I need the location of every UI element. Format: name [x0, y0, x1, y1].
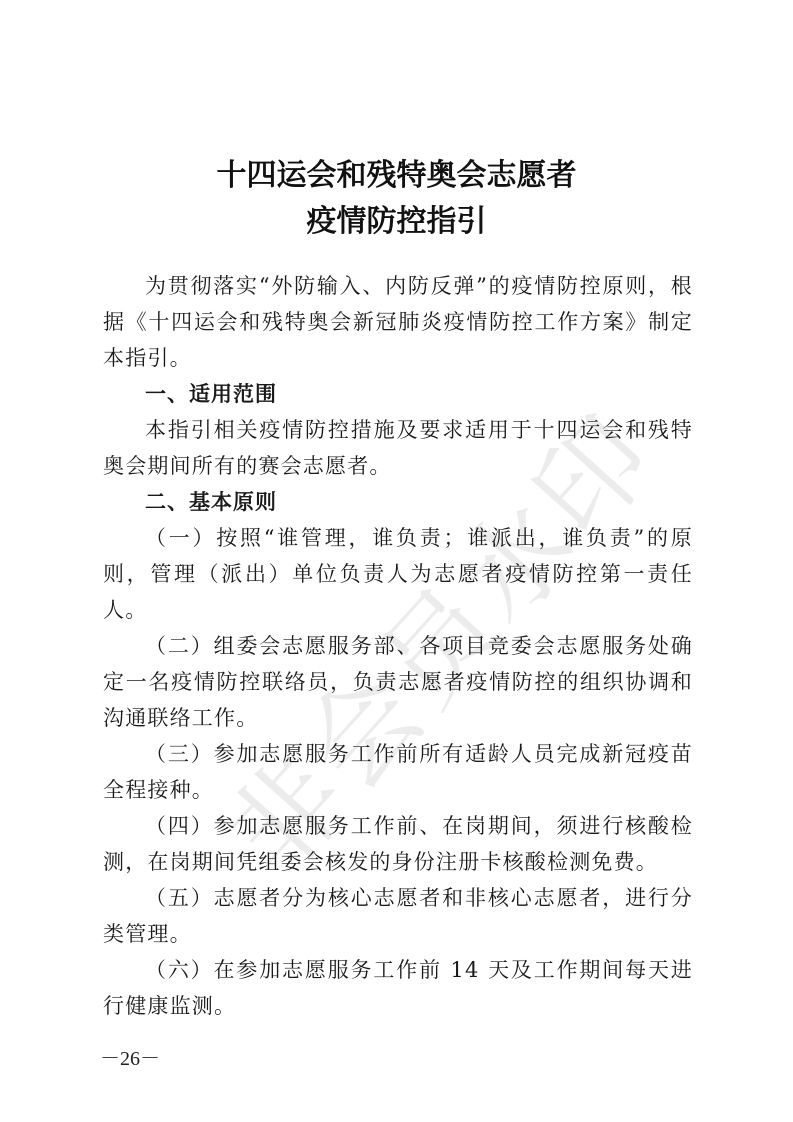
- document-page: 非会员水印 十四运会和残特奥会志愿者 疫情防控指引 为贯彻落实“外防输入、内防反…: [0, 0, 793, 1122]
- section-heading-principles: 二、基本原则: [103, 484, 693, 520]
- principle-paragraph-1: （一）按照“谁管理，谁负责；谁派出，谁负责”的原则，管理（派出）单位负责人为志愿…: [103, 520, 693, 628]
- scope-paragraph: 本指引相关疫情防控措施及要求适用于十四运会和残特奥会期间所有的赛会志愿者。: [103, 412, 693, 484]
- document-title-line1: 十四运会和残特奥会志愿者: [0, 150, 793, 194]
- principle-paragraph-2: （二）组委会志愿服务部、各项目竞委会志愿服务处确定一名疫情防控联络员，负责志愿者…: [103, 628, 693, 736]
- section-heading-scope: 一、适用范围: [103, 376, 693, 412]
- intro-paragraph: 为贯彻落实“外防输入、内防反弹”的疫情防控原则，根据《十四运会和残特奥会新冠肺炎…: [103, 268, 693, 376]
- page-number: －26－: [100, 1042, 160, 1071]
- principle-paragraph-5: （五）志愿者分为核心志愿者和非核心志愿者，进行分类管理。: [103, 880, 693, 952]
- document-title-line2: 疫情防控指引: [0, 196, 793, 240]
- principle-paragraph-6: （六）在参加志愿服务工作前 14 天及工作期间每天进行健康监测。: [103, 952, 693, 1024]
- principle-paragraph-4: （四）参加志愿服务工作前、在岗期间，须进行核酸检测，在岗期间凭组委会核发的身份注…: [103, 808, 693, 880]
- principle-paragraph-3: （三）参加志愿服务工作前所有适龄人员完成新冠疫苗全程接种。: [103, 736, 693, 808]
- document-body: 为贯彻落实“外防输入、内防反弹”的疫情防控原则，根据《十四运会和残特奥会新冠肺炎…: [103, 268, 693, 1024]
